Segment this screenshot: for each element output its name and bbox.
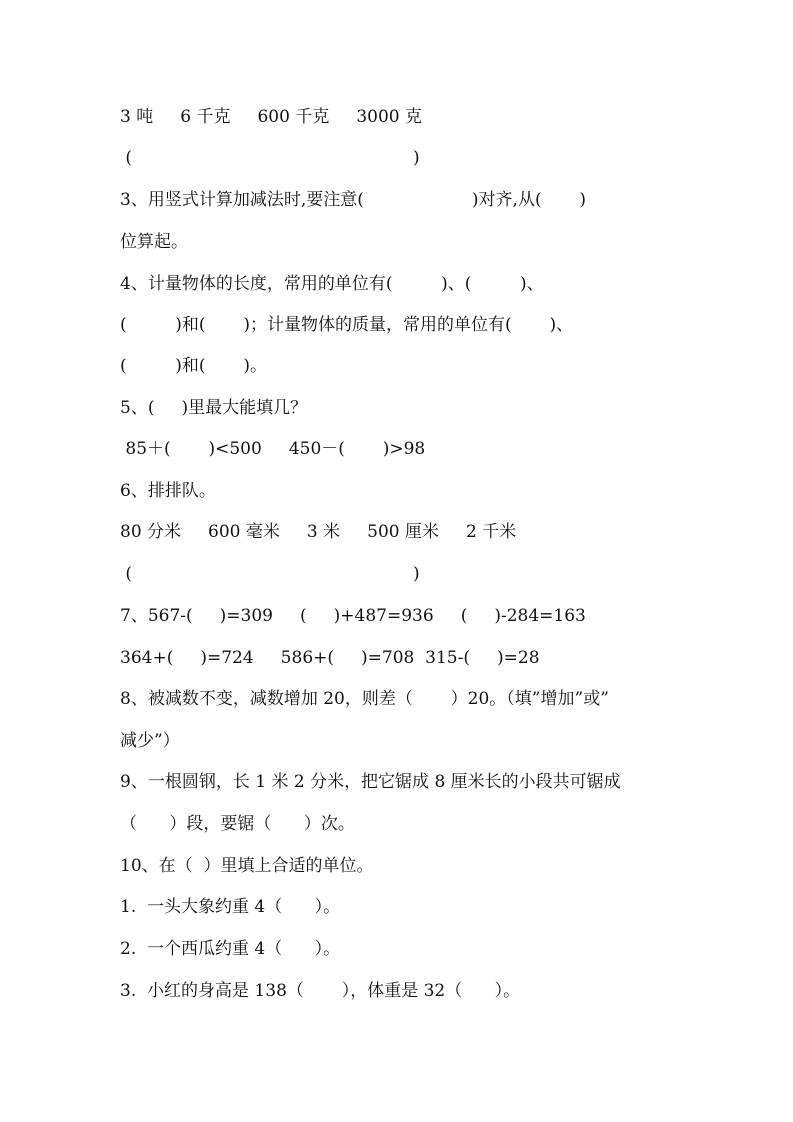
question-8: 8、被减数不变，减数增加 20，则差（ ）20。（填”增加”或”: [120, 687, 609, 711]
question-5-expressions: 85＋( )<500 450－( )>98: [120, 437, 425, 461]
question-6-answer-blank: ( ): [120, 562, 420, 586]
question-3: 3、用竖式计算加减法时,要注意( )对齐,从( ): [120, 188, 586, 212]
question-2-items: 3 吨 6 千克 600 千克 3000 克: [120, 105, 422, 129]
question-6-items: 80 分米 600 毫米 3 米 500 厘米 2 千米: [120, 520, 516, 544]
question-3-continued: 位算起。: [120, 230, 188, 254]
question-8-continued: 减少”）: [120, 729, 180, 753]
question-5: 5、( )里最大能填几？: [120, 396, 307, 420]
question-9: 9、一根圆钢，长 1 米 2 分米，把它锯成 8 厘米长的小段共可锯成: [120, 770, 621, 794]
question-4-continued-2: ( )和( )。: [120, 354, 267, 378]
question-10-item-2: 2. 一个西瓜约重 4（ ）。: [120, 937, 340, 961]
question-4-continued: ( )和( )；计量物体的质量，常用的单位有( )、: [120, 313, 573, 337]
question-10-item-3: 3. 小红的身高是 138（ ），体重是 32（ ）。: [120, 979, 520, 1003]
question-2-answer-blank: ( ): [120, 146, 420, 170]
question-10: 10、在（ ）里填上合适的单位。: [120, 854, 373, 878]
question-9-continued: （ ）段，要锯（ ）次。: [120, 812, 355, 836]
question-10-item-1: 1. 一头大象约重 4（ ）。: [120, 895, 340, 919]
question-4: 4、计量物体的长度，常用的单位有( )、( )、: [120, 272, 544, 296]
question-7-continued: 364+( )=724 586+( )=708 315-( )=28: [120, 646, 540, 670]
question-6: 6、排排队。: [120, 479, 216, 503]
question-7: 7、567-( )=309 ( )+487=936 ( )-284=163: [120, 604, 586, 628]
